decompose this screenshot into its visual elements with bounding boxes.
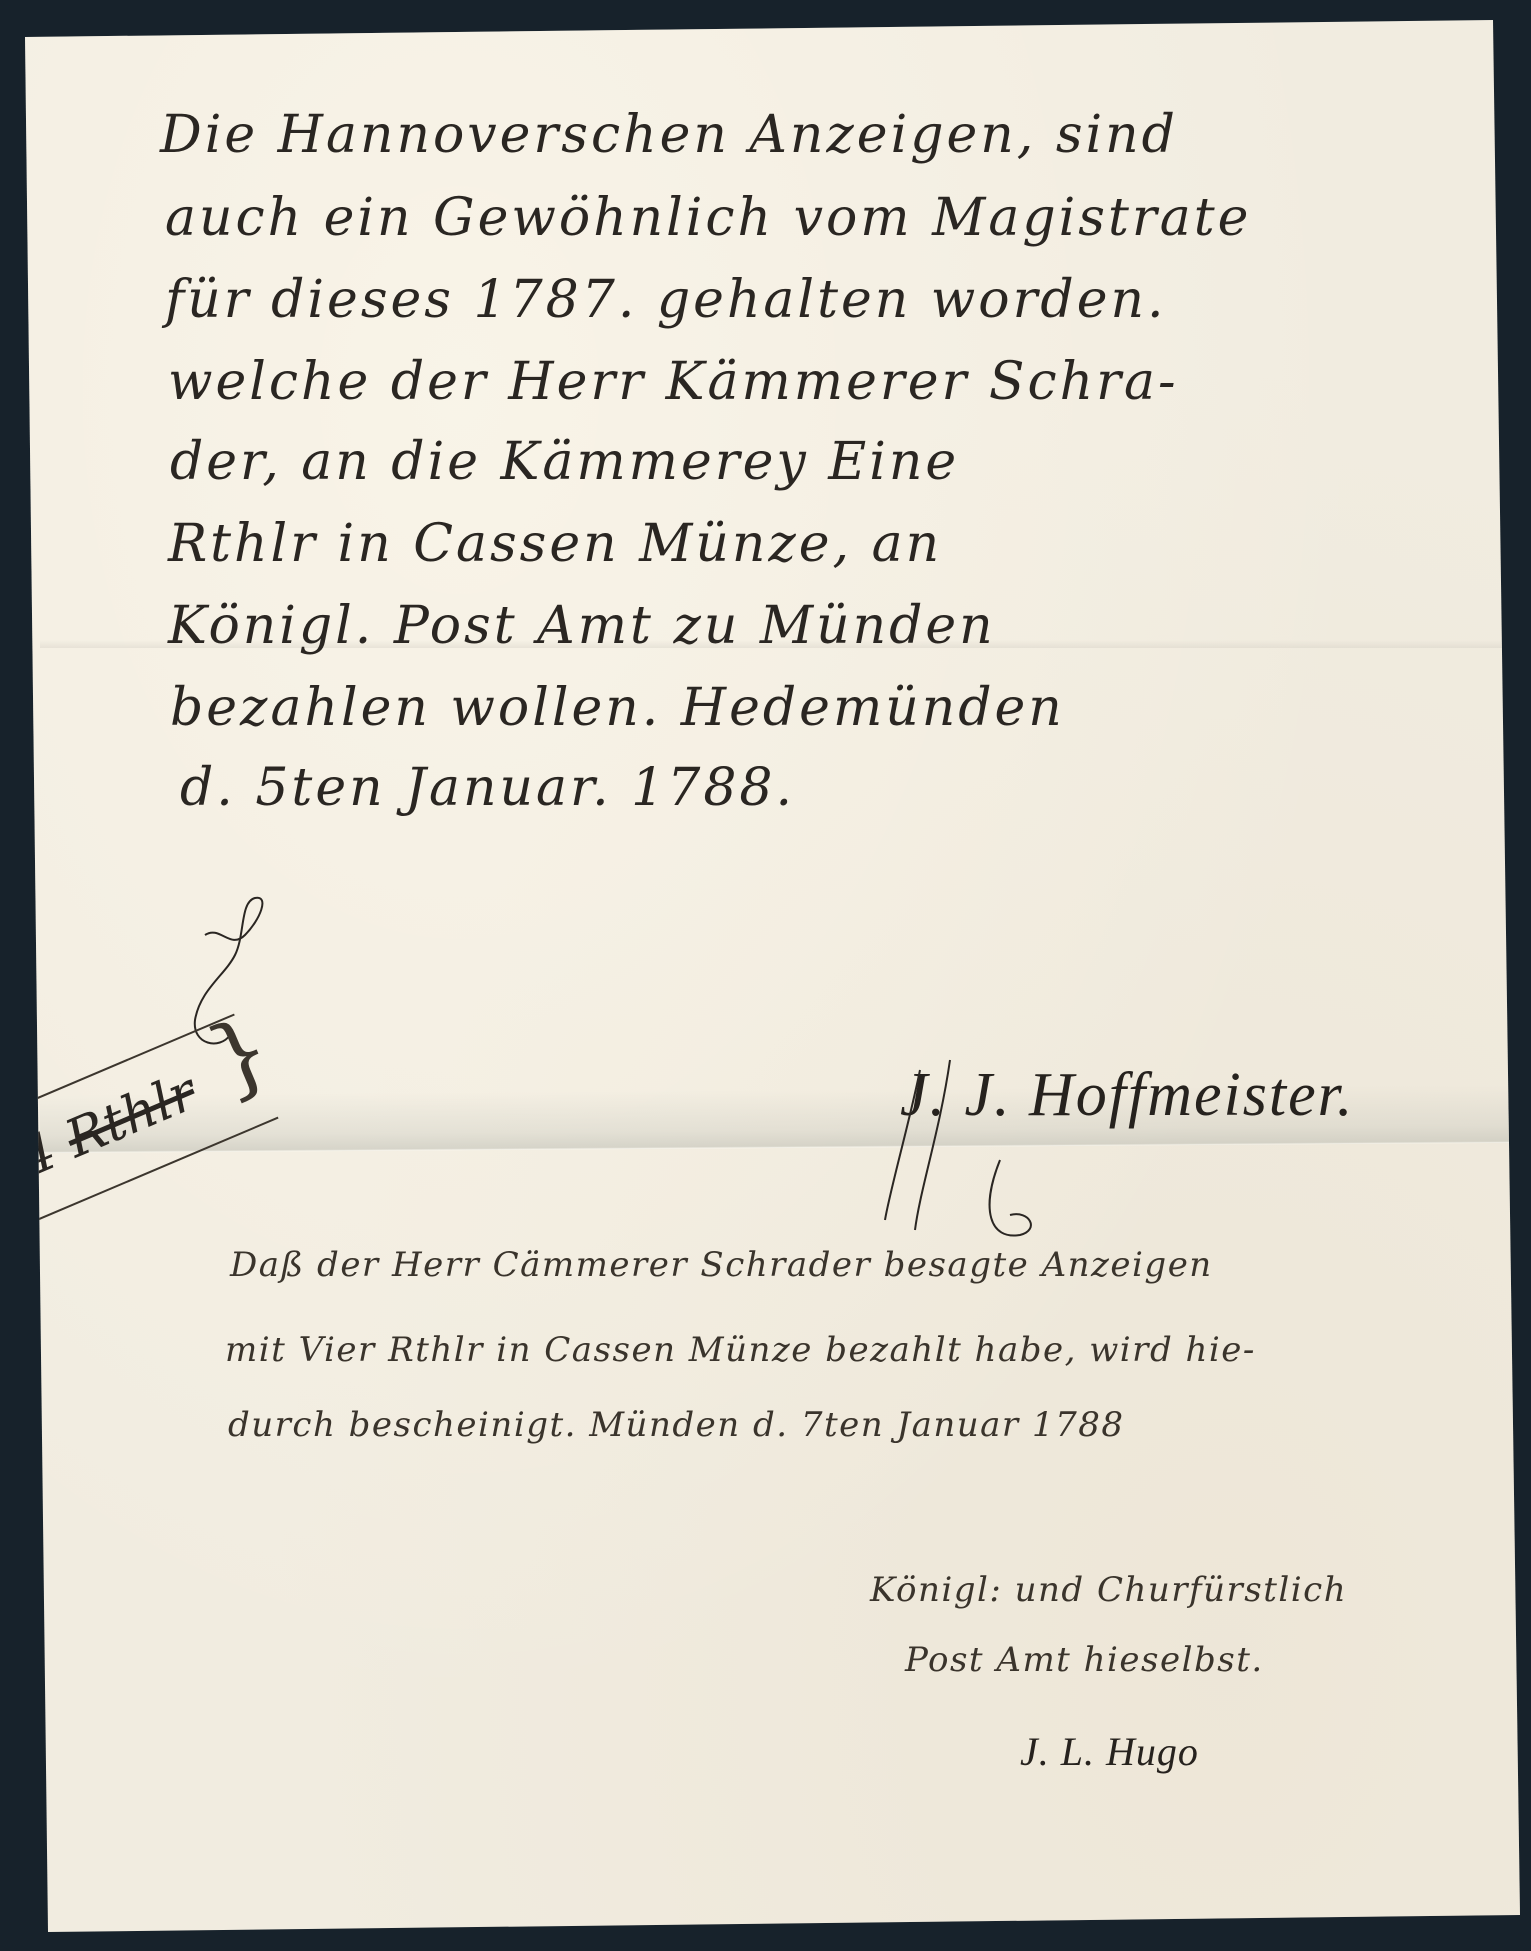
closing-line-1: Königl: und Churfürstlich: [870, 1570, 1347, 1610]
main-line-7: Königl. Post Amt zu Münden: [168, 596, 996, 656]
closing-line-2: Post Amt hieselbst.: [905, 1640, 1264, 1680]
main-line-1: Die Hannoverschen Anzeigen, sind: [160, 105, 1178, 165]
receipt-line-3: durch bescheinigt. Münden d. 7ten Januar…: [228, 1405, 1125, 1445]
main-line-5: der, an die Kämmerey Eine: [170, 432, 959, 492]
main-line-6: Rthlr in Cassen Münze, an: [168, 514, 942, 574]
main-line-2: auch ein Gewöhnlich vom Magistrate: [165, 188, 1251, 248]
margin-note-text: 4 Rthlr: [11, 1062, 204, 1189]
main-line-3: für dieses 1787. gehalten worden.: [165, 270, 1167, 330]
margin-note-unit: Rthlr: [57, 1062, 205, 1170]
signature-hoffmeister: J. J. Hoffmeister.: [900, 1060, 1354, 1131]
main-line-9: d. 5ten Januar. 1788.: [180, 758, 795, 818]
receipt-line-1: Daß der Herr Cämmerer Schrader besagte A…: [230, 1245, 1213, 1285]
main-line-4: welche der Herr Kämmerer Schra-: [168, 352, 1179, 412]
receipt-line-2: mit Vier Rthlr in Cassen Münze bezahlt h…: [225, 1330, 1256, 1370]
brace-icon: }: [196, 1003, 284, 1108]
signature-hugo: J. L. Hugo: [1020, 1728, 1199, 1775]
margin-note-box: 4 Rthlr }: [0, 1014, 279, 1224]
main-line-8: bezahlen wollen. Hedemünden: [170, 678, 1065, 738]
paper-sheet: Die Hannoverschen Anzeigen, sind auch ei…: [0, 0, 1531, 1951]
margin-note-amount: 4: [11, 1121, 65, 1189]
